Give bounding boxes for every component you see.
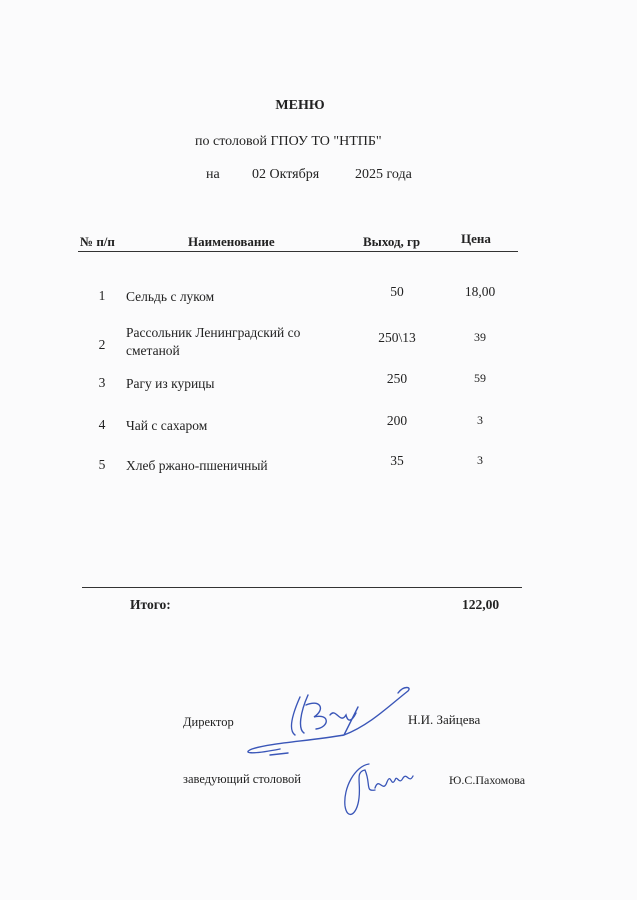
director-signature (240, 685, 420, 755)
row-yield: 50 (362, 284, 432, 300)
director-role: Директор (183, 715, 234, 730)
row-number: 4 (92, 417, 112, 433)
row-name: Рагу из курицы (126, 375, 356, 393)
header-rule (78, 251, 518, 252)
canteen-head-signature (335, 758, 425, 828)
header-yield: Выход, гр (363, 234, 420, 250)
row-number: 5 (92, 457, 112, 473)
row-yield: 35 (362, 453, 432, 469)
document-subtitle: по столовой ГПОУ ТО "НТПБ" (195, 134, 382, 150)
row-price: 3 (450, 413, 510, 428)
total-label: Итого: (130, 597, 171, 613)
director-name: Н.И. Зайцева (408, 712, 480, 728)
row-name: Чай с сахаром (126, 417, 356, 435)
canteen-head-role: заведующий столовой (183, 772, 301, 787)
header-name: Наименование (188, 234, 275, 250)
total-value: 122,00 (462, 597, 499, 613)
row-price: 59 (450, 371, 510, 386)
total-rule (82, 587, 522, 588)
header-price: Цена (461, 231, 491, 247)
row-name: Сельдь с луком (126, 288, 356, 306)
document-title: МЕНЮ (0, 98, 600, 114)
row-name: Рассольник Ленинградский со сметаной (126, 324, 356, 360)
row-number: 3 (92, 375, 112, 391)
date-year: 2025 года (355, 167, 412, 183)
row-yield: 200 (362, 413, 432, 429)
date-prefix: на (206, 167, 220, 183)
date-day-month: 02 Октября (252, 167, 319, 183)
row-price: 39 (450, 330, 510, 345)
row-number: 2 (92, 337, 112, 353)
header-number: № п/п (80, 234, 115, 250)
row-price: 18,00 (450, 284, 510, 300)
row-yield: 250 (362, 371, 432, 387)
canteen-head-name: Ю.С.Пахомова (449, 773, 525, 788)
row-yield: 250\13 (362, 330, 432, 346)
row-price: 3 (450, 453, 510, 468)
row-name: Хлеб ржано-пшеничный (126, 457, 356, 475)
row-number: 1 (92, 288, 112, 304)
